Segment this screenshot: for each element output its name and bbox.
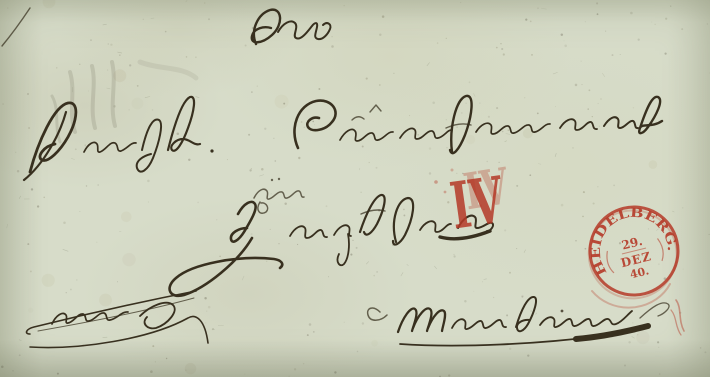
red-smudge-mark [671, 300, 684, 335]
franking-note-script: franco [27, 291, 208, 347]
address-line4-script: Hauptstadt [170, 195, 493, 296]
destination-underline [400, 336, 600, 346]
address-line3-script: der [254, 178, 304, 213]
destination-script: Mannheim [368, 297, 669, 346]
address-salutation-script: An [252, 10, 331, 44]
period-dot [210, 149, 213, 152]
letter-cover-art: An Großh. Bürgermeister und [0, 0, 710, 377]
letter-cover-photo: An Großh. Bürgermeister und [0, 0, 710, 377]
address-line2-script: Großh. Bürgermeister und [24, 96, 662, 180]
paper-crease [2, 8, 30, 46]
tax-numeral-stamp: IV IV [434, 156, 513, 244]
